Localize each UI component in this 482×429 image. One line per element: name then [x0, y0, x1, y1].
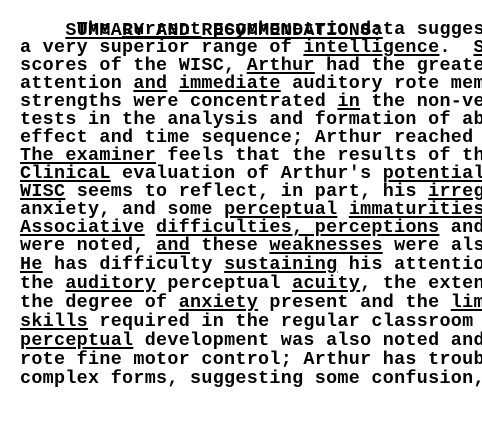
text-line: rote fine motor control; Arthur has trou…: [20, 351, 482, 369]
underlined-word: He: [20, 254, 43, 275]
text-segment: the: [20, 273, 65, 294]
text-line: the degree of anxiety present and the li…: [20, 294, 482, 312]
underlined-word: anxiety: [179, 292, 258, 313]
underlined-word: and: [156, 235, 190, 256]
text-segment: were noted,: [20, 235, 156, 256]
text-segment: , the extent of: [360, 273, 482, 294]
underlined-word: auditory: [65, 273, 156, 294]
underlined-word: weaknesses: [269, 235, 382, 256]
text-line: the auditory perceptual acuity, the exte…: [20, 275, 482, 293]
text-segment: required in the regular classroom set-: [88, 311, 482, 332]
text-segment: rote fine motor control; Arthur has trou…: [20, 349, 482, 370]
underlined-word: sustaining: [224, 254, 337, 275]
text-segment: these: [190, 235, 269, 256]
underlined-word: acuity: [292, 273, 360, 294]
text-segment: his attention, and: [337, 254, 482, 275]
underlined-word: skills: [20, 311, 88, 332]
typewritten-page: SUMMARY AND RECOMMENDATIONS: The current…: [0, 0, 482, 429]
text-segment: development was also noted and the: [133, 330, 482, 351]
text-line: He has difficulty sustaining his attenti…: [20, 256, 482, 274]
text-segment: present and the: [258, 292, 451, 313]
text-segment: were also: [383, 235, 482, 256]
text-line: skills required in the regular classroom…: [20, 313, 482, 331]
text-segment: perceptual: [156, 273, 292, 294]
text-line: perceptual development was also noted an…: [20, 332, 482, 350]
underlined-word: perceptual: [20, 330, 133, 351]
text-line: complex forms, suggesting some confusion…: [20, 370, 482, 388]
text-segment: complex forms, suggesting some confusion…: [20, 368, 482, 389]
underlined-word: limited: [451, 292, 482, 313]
text-segment: has difficulty: [43, 254, 224, 275]
text-segment: the degree of: [20, 292, 179, 313]
text-line: were noted, and these weaknesses were al…: [20, 237, 482, 255]
